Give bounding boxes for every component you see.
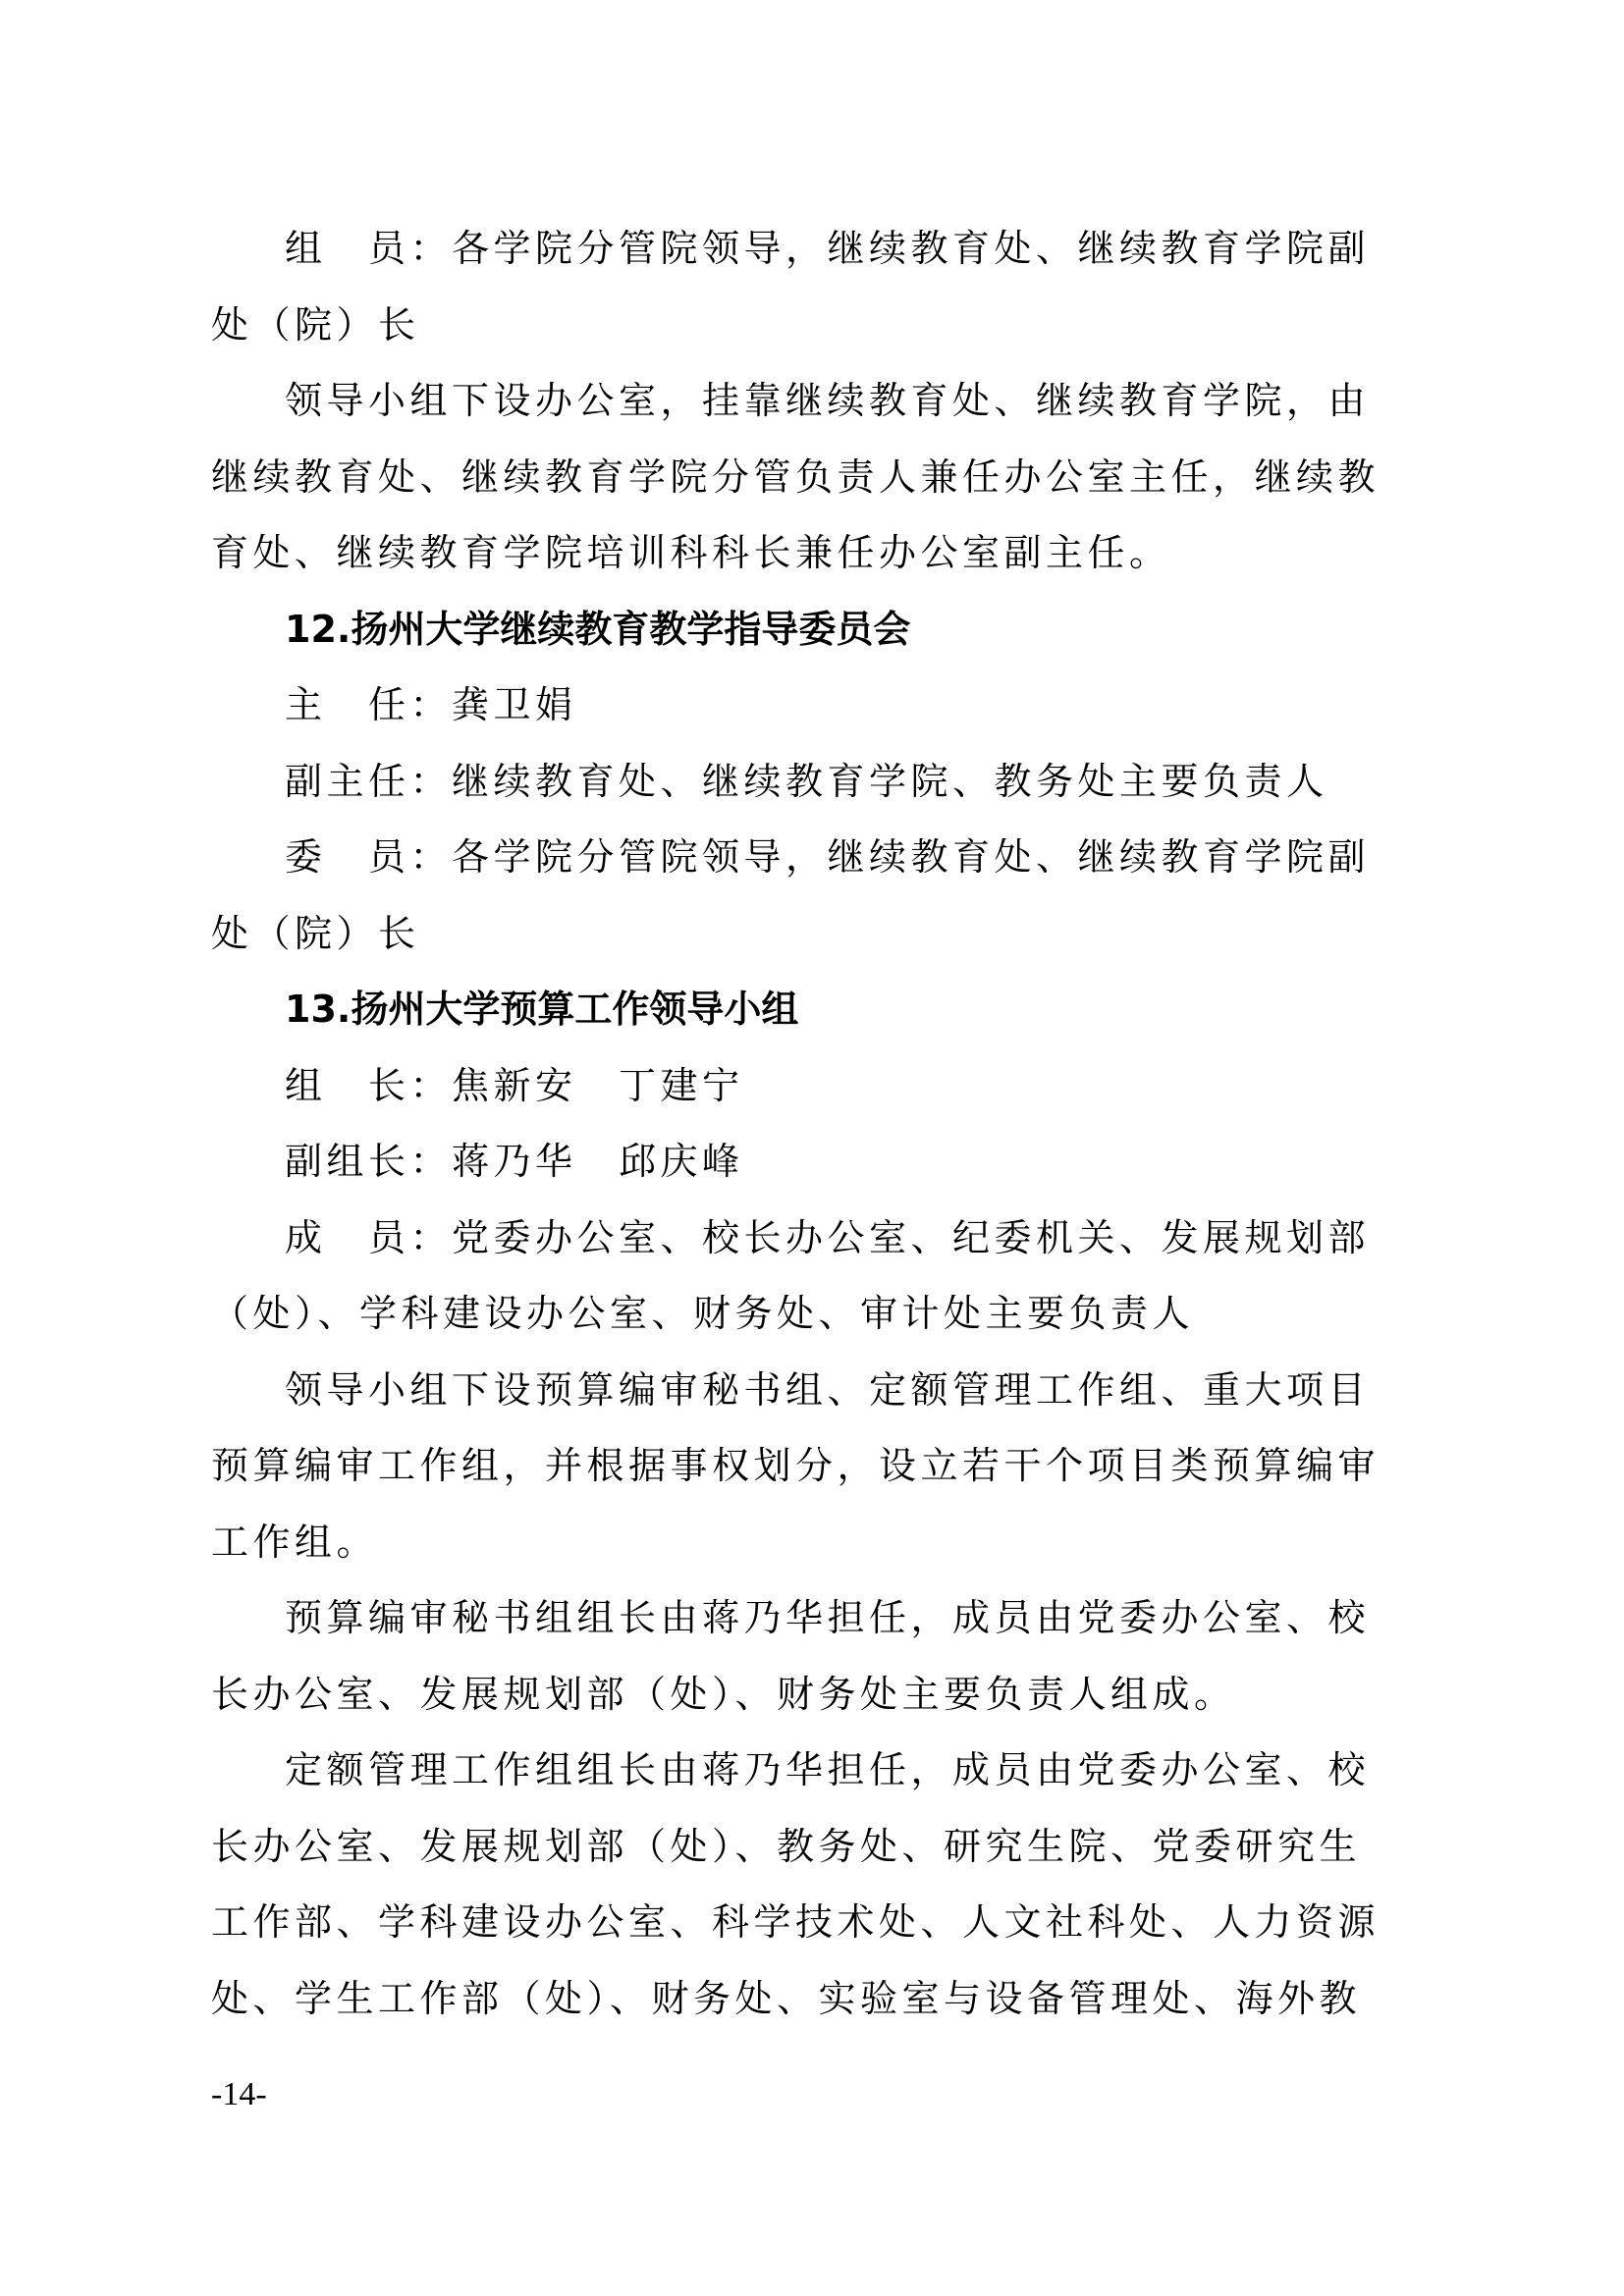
paragraph-line: 领导小组下设办公室，挂靠继续教育处、继续教育学院，由	[211, 363, 1438, 440]
paragraph-line: 主 任：龚卫娟	[211, 667, 1438, 744]
paragraph-line: 预算编审秘书组组长由蒋乃华担任，成员由党委办公室、校	[211, 1580, 1438, 1657]
paragraph-line: 领导小组下设预算编审秘书组、定额管理工作组、重大项目	[211, 1353, 1438, 1429]
paragraph-line: 工作组。	[211, 1505, 1438, 1581]
paragraph-line: 预算编审工作组，并根据事权划分，设立若干个项目类预算编审	[211, 1428, 1438, 1505]
paragraph-line: 委 员：各学院分管院领导，继续教育处、继续教育学院副	[211, 820, 1438, 896]
paragraph-line: 定额管理工作组组长由蒋乃华担任，成员由党委办公室、校	[211, 1733, 1438, 1809]
paragraph-line: 长办公室、发展规划部（处）、教务处、研究生院、党委研究生	[211, 1809, 1438, 1886]
paragraph-line: 处（院）长	[211, 896, 1438, 973]
document-body: 组 员：各学院分管院领导，继续教育处、继续教育学院副 处（院）长 领导小组下设办…	[211, 211, 1438, 2037]
paragraph-line: （处）、学科建设办公室、财务处、审计处主要负责人	[211, 1276, 1438, 1353]
paragraph-line: 工作部、学科建设办公室、科学技术处、人文社科处、人力资源	[211, 1885, 1438, 1961]
paragraph-line: 成 员：党委办公室、校长办公室、纪委机关、发展规划部	[211, 1201, 1438, 1277]
paragraph-line: 组 员：各学院分管院领导，继续教育处、继续教育学院副	[211, 211, 1438, 288]
paragraph-line: 副组长：蒋乃华 邱庆峰	[211, 1124, 1438, 1201]
paragraph-line: 副主任：继续教育处、继续教育学院、教务处主要负责人	[211, 744, 1438, 821]
page-number: -14-	[211, 2076, 267, 2113]
paragraph-line: 育处、继续教育学院培训科科长兼任办公室副主任。	[211, 515, 1438, 592]
paragraph-line: 组 长：焦新安 丁建宁	[211, 1048, 1438, 1125]
paragraph-line: 处（院）长	[211, 288, 1438, 364]
section-heading-13: 13.扬州大学预算工作领导小组	[211, 972, 1438, 1048]
document-page: 组 员：各学院分管院领导，继续教育处、继续教育学院副 处（院）长 领导小组下设办…	[0, 0, 1624, 2296]
paragraph-line: 长办公室、发展规划部（处）、财务处主要负责人组成。	[211, 1657, 1438, 1734]
paragraph-line: 处、学生工作部（处）、财务处、实验室与设备管理处、海外教	[211, 1961, 1438, 2038]
section-heading-12: 12.扬州大学继续教育教学指导委员会	[211, 592, 1438, 668]
paragraph-line: 继续教育处、继续教育学院分管负责人兼任办公室主任，继续教	[211, 440, 1438, 516]
